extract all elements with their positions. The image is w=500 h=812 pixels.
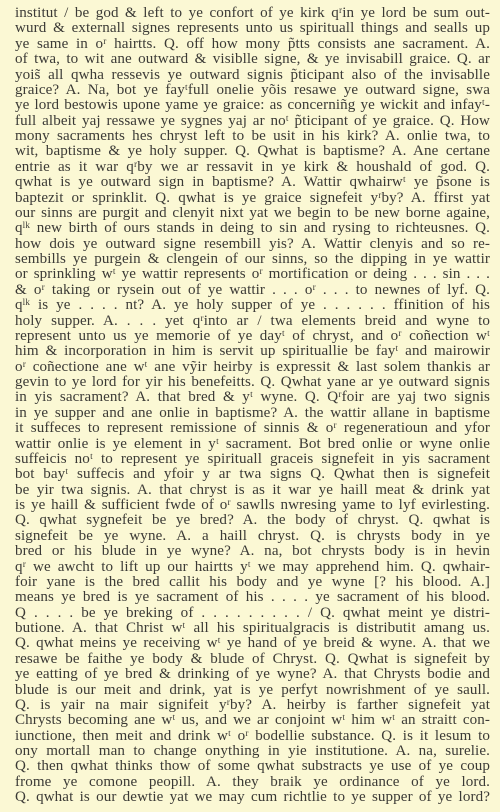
text-line: mony sacraments hes chryst left to be us…	[15, 129, 490, 144]
text-line: qʳ we awcht to lift up our hairtts yᵗ we…	[15, 560, 490, 575]
text-line: ye eatting of ye bred & drinking of ye w…	[15, 667, 490, 682]
catechism-text: institut / be god & left to ye confort o…	[15, 6, 490, 806]
text-line: & oʳ taking or rysein out of ye wattir .…	[15, 283, 490, 298]
text-line: holy supper. A. . . . yet qʳinto ar / tw…	[15, 314, 490, 329]
text-line: in ye supper and ane onlie in baptisme? …	[15, 406, 490, 421]
text-line: Q . . . . be ye breking of . . . . . . .…	[15, 606, 490, 621]
text-line: baptezit or sprinklit. Q. qwhat is ye gr…	[15, 191, 490, 206]
text-line: of twa, to wit ane outward & visiblle si…	[15, 52, 490, 67]
text-line: institut / be god & left to ye confort o…	[15, 6, 490, 21]
text-line: represent unto us ye memorie of ye dayᵗ …	[15, 329, 490, 344]
text-line: frome ye comone peopill. A. they braik y…	[15, 775, 490, 790]
text-line: ye same in oʳ hairtts. Q. off how mony p…	[15, 37, 490, 52]
text-line: is ye haill & sufficient fwde of oʳ sawl…	[15, 498, 490, 513]
document-page: institut / be god & left to ye confort o…	[15, 6, 490, 806]
text-line: wit, baptisme & ye holy supper. Q. Qwhat…	[15, 144, 490, 159]
text-line: Q. is yair na mair signifeit yʳby? A. he…	[15, 698, 490, 713]
text-line: foir yane is the bred callit his body an…	[15, 575, 490, 590]
text-line: qwhat is ye outward sign in baptisme? A.…	[15, 175, 490, 190]
text-line: sembills ye purgein & clengein of our si…	[15, 252, 490, 267]
text-line: entrie as it war qʳby we ar ressavit in …	[15, 160, 490, 175]
text-line: Q. qwhat meins ye receiving wᵗ ye hand o…	[15, 636, 490, 651]
text-line: iunctione, then meit and drink wᵗ oʳ bod…	[15, 729, 490, 744]
text-line: butione. A. that Christ wᵗ all his spiri…	[15, 621, 490, 636]
text-line: qˡᵏ new birth of ours stands in deing to…	[15, 221, 490, 236]
text-line: blude is our meit and drink, yat is ye p…	[15, 683, 490, 698]
text-line: our sinns are purgit and clenyit nixt ya…	[15, 206, 490, 221]
text-line: resawe be faithe ye body & blude of Chry…	[15, 652, 490, 667]
text-line: it suffeces to represent remissione of s…	[15, 421, 490, 436]
text-line: wurd & externall signes represents unto …	[15, 21, 490, 36]
text-line: oʳ coñectione ane wᵗ ane vỹir heirby is …	[15, 360, 490, 375]
text-line: means ye bred is ye sacrament of his . .…	[15, 590, 490, 605]
text-line: Chrysts becoming ane wᵗ us, and we ar co…	[15, 713, 490, 728]
text-line: bot bayᵗ suffecis and yfoir y ar twa sig…	[15, 467, 490, 482]
text-line: gevin to ye lord for yir his benefeitts.…	[15, 375, 490, 390]
text-line: ye lord bestowis upone yame ye graice: a…	[15, 98, 490, 113]
text-line: qˡᵏ is ye . . . . nt? A. ye holy supper …	[15, 298, 490, 313]
text-line: full albeit yaj ressawe ye sygnes yaj ar…	[15, 114, 490, 129]
text-line: Q. then qwhat thinks thow of some qwhat …	[15, 759, 490, 774]
text-line: Q. qwhat is our dewtie yat we may cum ri…	[15, 790, 490, 805]
text-line: how dois ye outward signe resembill yis?…	[15, 237, 490, 252]
text-line: wattir onlie is ye element in yᵗ sacrame…	[15, 437, 490, 452]
text-line: Q. qwhat sygnefeit be ye bred? A. the bo…	[15, 513, 490, 528]
text-line: bred or his blude in ye wyne? A. na, bot…	[15, 544, 490, 559]
text-line: in yis sacrament? A. that bred & yᵗ wyne…	[15, 390, 490, 405]
text-line: be yir twa signis. A. that chryst is as …	[15, 483, 490, 498]
text-line: signefeit be ye wyne. A. a haill chryst.…	[15, 529, 490, 544]
text-line: graice? A. Na, bot ye fayᵗfull onelie yõ…	[15, 83, 490, 98]
text-line: suffeicis noᵗ to represent ye spirituall…	[15, 452, 490, 467]
text-line: him & incorporation in him is servit up …	[15, 344, 490, 359]
text-line: ony mortall man to change onything in yi…	[15, 744, 490, 759]
text-line: yois̃ all qwha ressevis ye outward signi…	[15, 68, 490, 83]
text-line: or sprinkling wᵗ ye wattir represents oʳ…	[15, 267, 490, 282]
